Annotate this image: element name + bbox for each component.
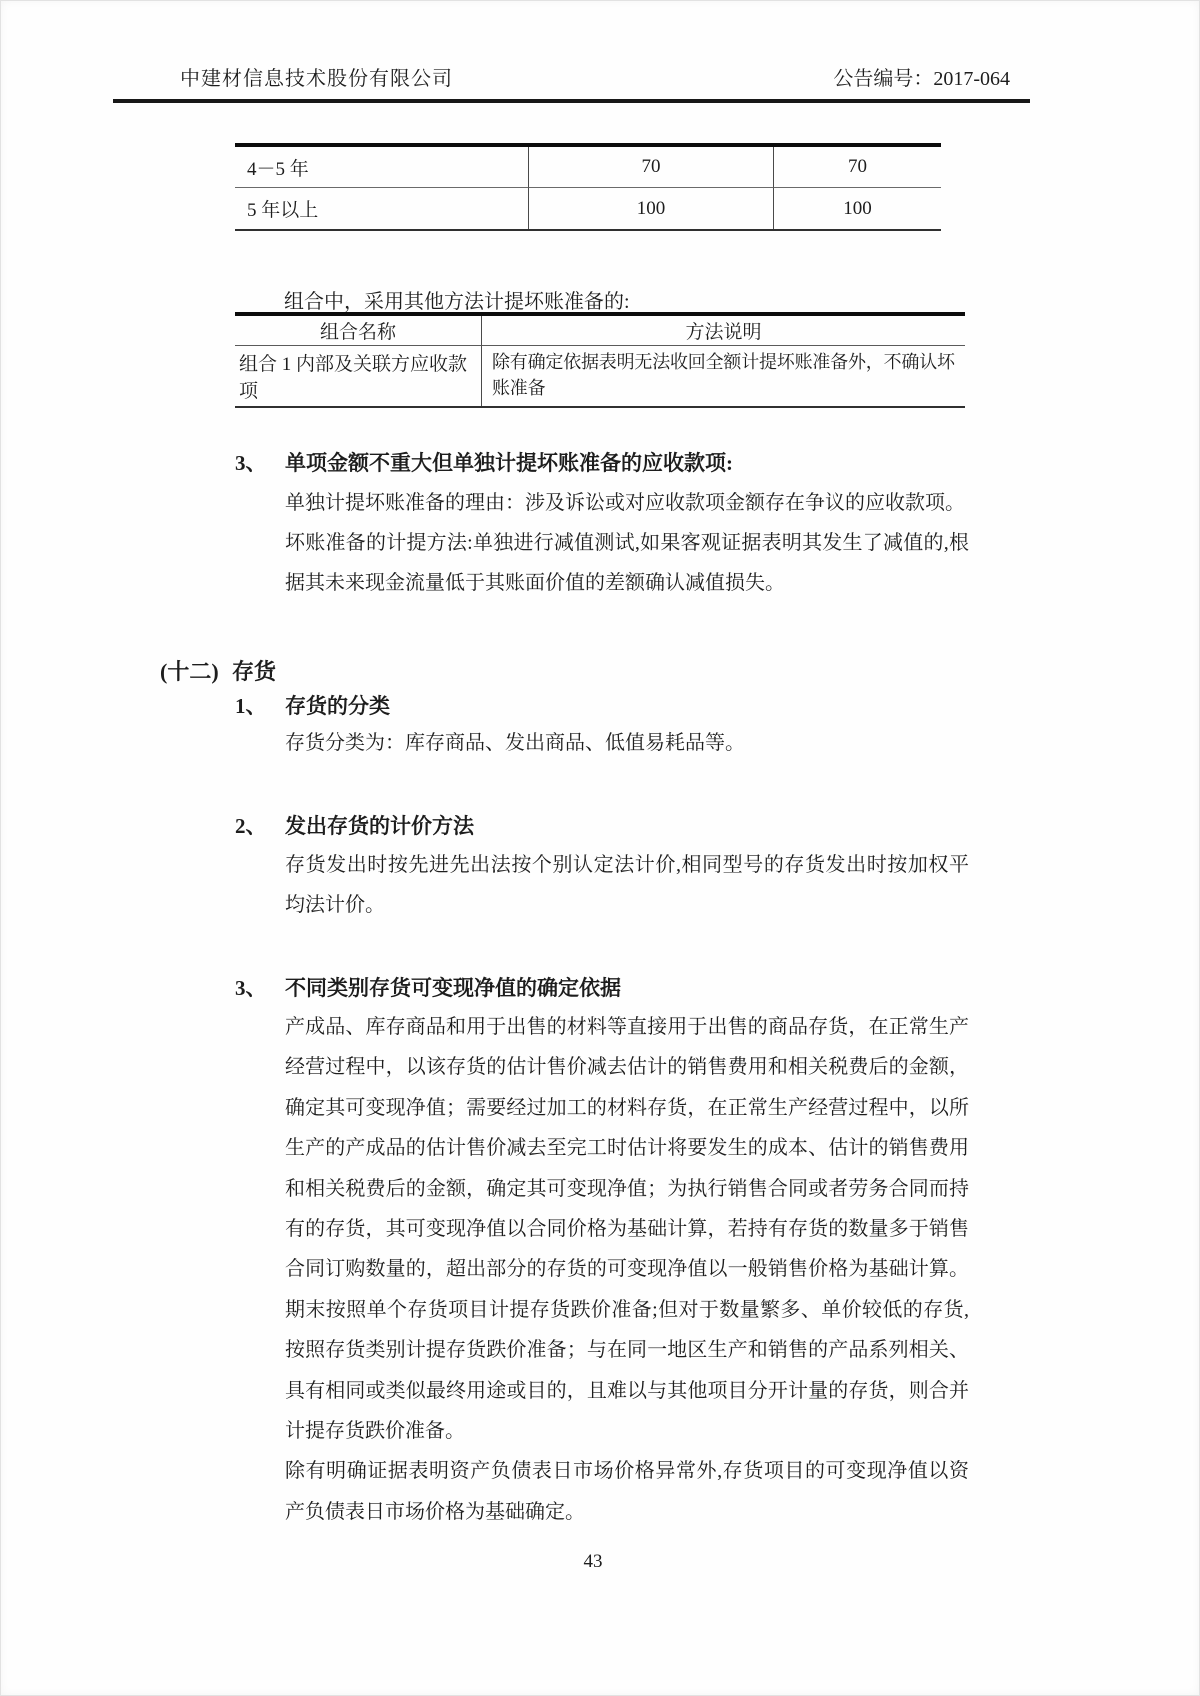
heading-number: 1、 [235,690,285,720]
heading-title: 存货 [232,655,276,686]
combo-intro-text: 组合中，采用其他方法计提坏账准备的: [284,285,630,314]
table-cell-ratio: 100 [529,188,774,229]
heading-title: 存货的分类 [285,690,390,720]
inventory-sub2-heading: 2、 发出存货的计价方法 [235,810,474,840]
inventory-sub1-heading: 1、 存货的分类 [235,690,390,720]
header-divider [113,99,1030,103]
table-cell-ratio: 70 [529,147,774,188]
inventory-sub3-body: 产成品、库存商品和用于出售的材料等直接用于出售的商品存货，在正常生产经营过程中，… [285,1007,969,1532]
table-header-combo-name: 组合名称 [235,316,482,346]
paragraph: 存货发出时按先进先出法按个别认定法计价,相同型号的存货发出时按加权平均法计价。 [285,845,969,925]
table-cell-aging-label: 5 年以上 [235,188,529,229]
header-company-name: 中建材信息技术股份有限公司 [180,62,453,91]
paragraph: 单独计提坏账准备的理由：涉及诉讼或对应收款项金额存在争议的应收款项。 [285,483,969,523]
paragraph: 存货分类为：库存商品、发出商品、低值易耗品等。 [285,723,969,763]
heading-number: 3、 [235,972,285,1002]
heading-number: 2、 [235,810,285,840]
heading-number: (十二) [160,655,232,686]
receivables-item3-heading: 3、 单项金额不重大但单独计提坏账准备的应收款项: [235,447,733,477]
paragraph: 坏账准备的计提方法:单独进行减值测试,如果客观证据表明其发生了减值的,根据其未来… [285,523,969,603]
table-cell-ratio: 70 [774,147,941,188]
combo-method-table: 组合名称 方法说明 组合 1 内部及关联方应收款项 除有确定依据表明无法收回全额… [235,312,965,408]
header-notice-number: 公告编号：2017-064 [833,62,1010,91]
heading-title: 发出存货的计价方法 [285,810,474,840]
table-cell-method: 除有确定依据表明无法收回全额计提坏账准备外，不确认坏账准备 [482,346,965,406]
paragraph: 除有明确证据表明资产负债表日市场价格异常外,存货项目的可变现净值以资产负债表日市… [285,1451,969,1532]
heading-title: 不同类别存货可变现净值的确定依据 [285,972,621,1002]
section12-heading: (十二) 存货 [160,655,276,686]
page-number: 43 [0,1551,1186,1573]
document-page: 中建材信息技术股份有限公司 公告编号：2017-064 4－5 年 70 70 … [0,0,1200,1696]
table-cell-combo-name: 组合 1 内部及关联方应收款项 [235,346,482,406]
heading-title: 单项金额不重大但单独计提坏账准备的应收款项: [285,447,733,477]
table-cell-aging-label: 4－5 年 [235,147,529,188]
aging-ratio-table: 4－5 年 70 70 5 年以上 100 100 [235,143,941,231]
receivables-item3-body: 单独计提坏账准备的理由：涉及诉讼或对应收款项金额存在争议的应收款项。 坏账准备的… [285,483,969,603]
inventory-sub3-heading: 3、 不同类别存货可变现净值的确定依据 [235,972,621,1002]
heading-number: 3、 [235,447,285,477]
paragraph: 产成品、库存商品和用于出售的材料等直接用于出售的商品存货，在正常生产经营过程中，… [285,1007,969,1451]
inventory-sub2-body: 存货发出时按先进先出法按个别认定法计价,相同型号的存货发出时按加权平均法计价。 [285,845,969,925]
table-header-method: 方法说明 [482,316,965,346]
table-cell-ratio: 100 [774,188,941,229]
inventory-sub1-body: 存货分类为：库存商品、发出商品、低值易耗品等。 [285,723,969,763]
